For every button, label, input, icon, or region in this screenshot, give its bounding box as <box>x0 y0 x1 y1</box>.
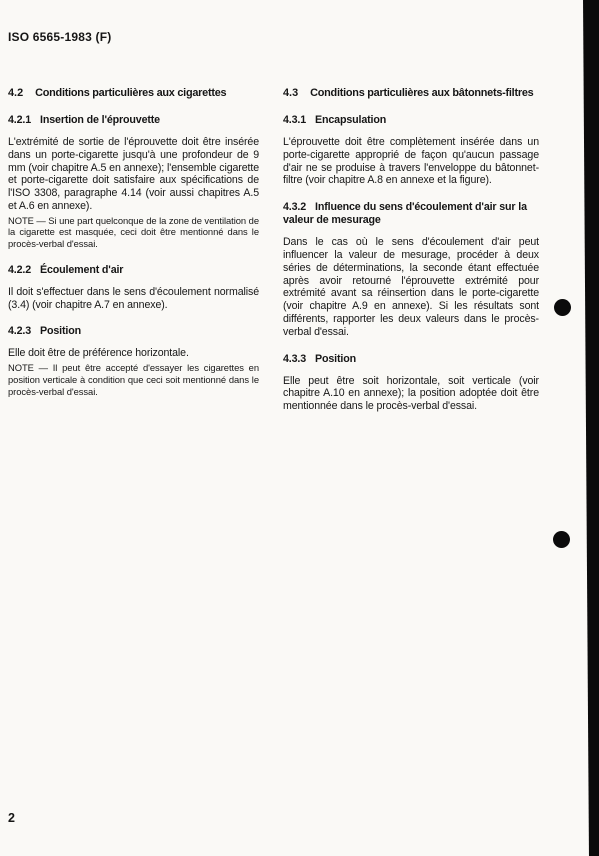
subsection-heading-4-2-2: 4.2.2Écoulement d'air <box>8 264 259 277</box>
subsection-heading-4-3-1: 4.3.1Encapsulation <box>283 114 539 127</box>
subsection-title: Position <box>315 353 356 365</box>
subsection-title: Écoulement d'air <box>40 264 123 276</box>
paragraph-4-3-1: L'éprouvette doit être complètement insé… <box>283 136 539 187</box>
subsection-title: Insertion de l'éprouvette <box>40 114 160 126</box>
subsection-title: Position <box>40 325 81 337</box>
section-heading-4-2: 4.2Conditions particulières aux cigarett… <box>8 86 259 100</box>
subsection-heading-4-2-1: 4.2.1Insertion de l'éprouvette <box>8 114 259 127</box>
left-column: 4.2Conditions particulières aux cigarett… <box>8 86 259 397</box>
note-4-2-3: NOTE — Il peut être accepté d'essayer le… <box>8 362 259 397</box>
section-number: 4.2 <box>8 87 23 99</box>
paragraph-4-2-3: Elle doit être de préférence horizontale… <box>8 347 259 360</box>
scan-edge-artifact <box>582 0 599 856</box>
note-4-2-1: NOTE — Si une part quelconque de la zone… <box>8 215 259 250</box>
subsection-number: 4.2.3 <box>8 325 31 337</box>
subsection-title: Encapsulation <box>315 114 386 126</box>
subsection-number: 4.3.2 <box>283 201 306 213</box>
paragraph-4-2-2: Il doit s'effectuer dans le sens d'écoul… <box>8 286 259 312</box>
subsection-title: Influence du sens d'écoulement d'air sur… <box>283 201 527 226</box>
registration-dot-top <box>554 299 571 316</box>
section-title: Conditions particulières aux bâtonnets-f… <box>310 87 533 99</box>
right-column: 4.3Conditions particulières aux bâtonnet… <box>283 86 539 415</box>
paragraph-4-3-3: Elle peut être soit horizontale, soit ve… <box>283 375 539 413</box>
section-heading-4-3: 4.3Conditions particulières aux bâtonnet… <box>283 86 539 100</box>
paragraph-4-2-1: L'extrémité de sortie de l'éprouvette do… <box>8 136 259 213</box>
section-number: 4.3 <box>283 87 298 99</box>
subsection-number: 4.3.1 <box>283 114 306 126</box>
registration-dot-bottom <box>553 531 570 548</box>
subsection-heading-4-2-3: 4.2.3Position <box>8 325 259 338</box>
section-title: Conditions particulières aux cigarettes <box>35 87 226 99</box>
page-number: 2 <box>8 811 15 825</box>
subsection-number: 4.2.2 <box>8 264 31 276</box>
document-reference: ISO 6565-1983 (F) <box>8 30 111 44</box>
paragraph-4-3-2: Dans le cas où le sens d'écoulement d'ai… <box>283 236 539 338</box>
scanned-document-page: ISO 6565-1983 (F) 4.2Conditions particul… <box>0 0 599 856</box>
subsection-heading-4-3-2: 4.3.2Influence du sens d'écoulement d'ai… <box>283 201 539 227</box>
subsection-number: 4.3.3 <box>283 353 306 365</box>
subsection-number: 4.2.1 <box>8 114 31 126</box>
subsection-heading-4-3-3: 4.3.3Position <box>283 353 539 366</box>
